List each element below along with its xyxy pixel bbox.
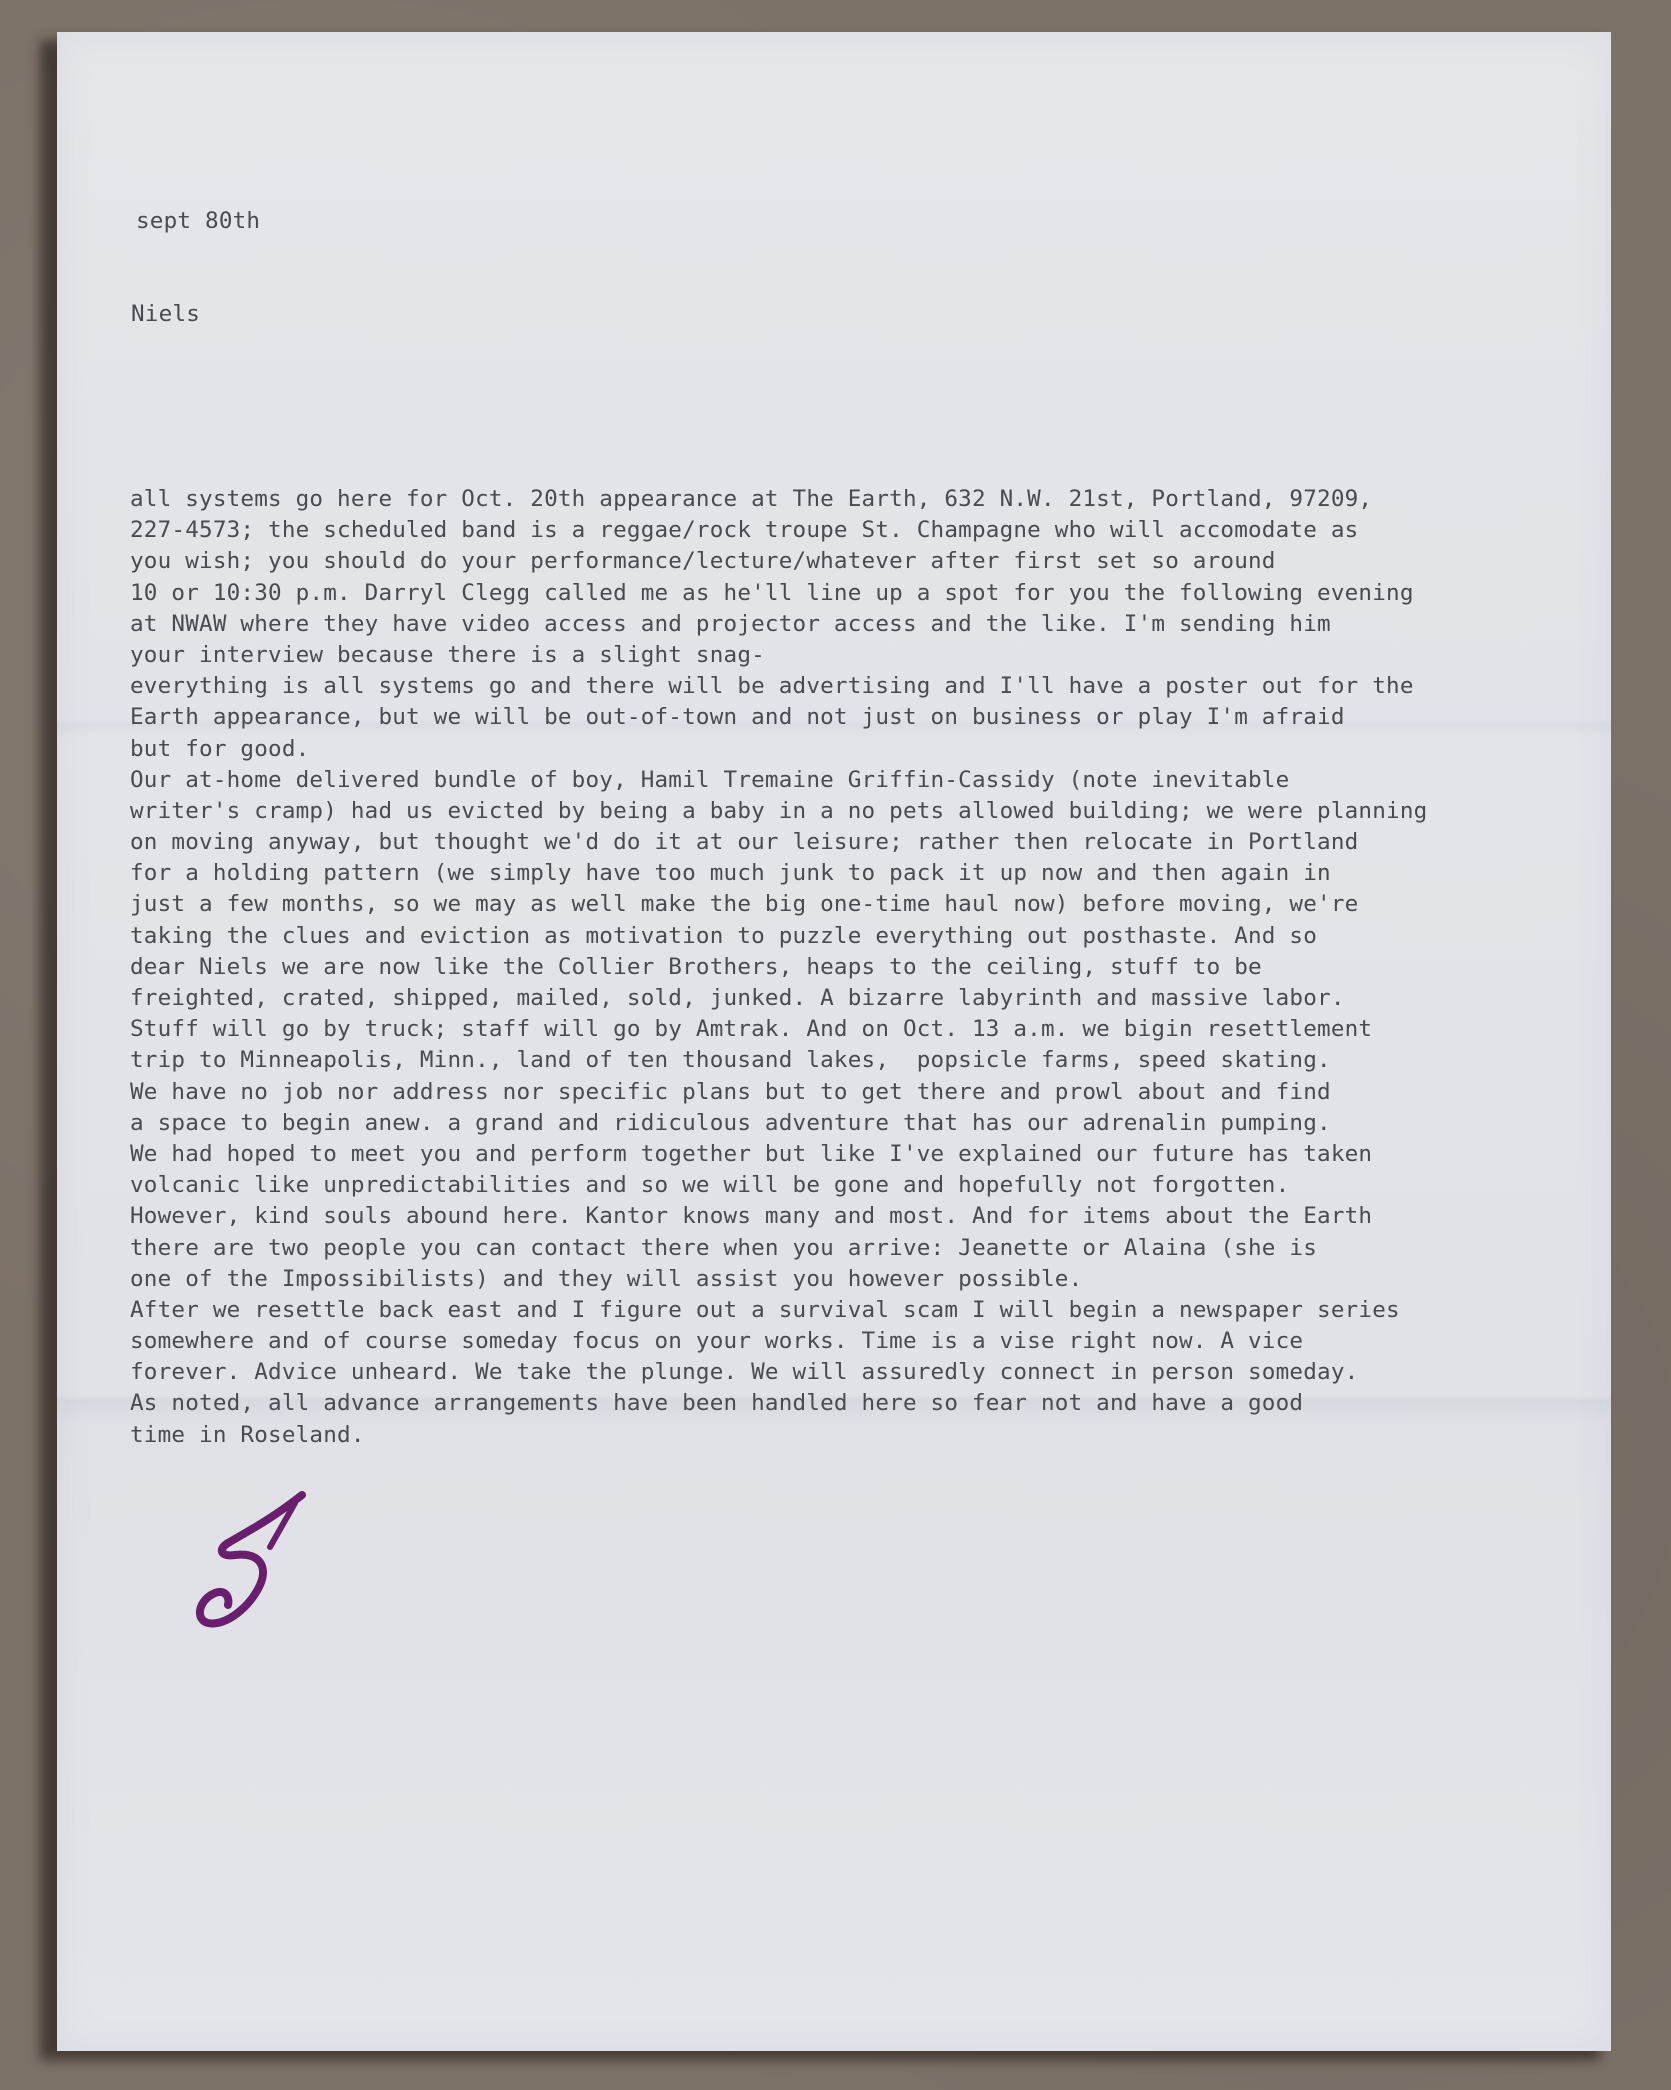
letter-salutation: Niels	[131, 301, 200, 327]
letter-line: all systems go here for Oct. 20th appear…	[130, 484, 1427, 515]
letter-line: After we resettle back east and I figure…	[130, 1295, 1427, 1326]
letter-line: there are two people you can contact the…	[130, 1233, 1427, 1264]
letter-line: dear Niels we are now like the Collier B…	[130, 952, 1427, 983]
letter-body: all systems go here for Oct. 20th appear…	[130, 484, 1427, 1451]
letter-line: Our at-home delivered bundle of boy, Ham…	[130, 765, 1427, 796]
letter-line: but for good.	[130, 734, 1427, 765]
signature-initial	[190, 1485, 310, 1635]
letter-line: We had hoped to meet you and perform tog…	[130, 1139, 1427, 1170]
letter-line: 227-4573; the scheduled band is a reggae…	[130, 515, 1427, 546]
letter-line: everything is all systems go and there w…	[130, 671, 1427, 702]
letter-line: Earth appearance, but we will be out-of-…	[130, 702, 1427, 733]
letter-line: you wish; you should do your performance…	[130, 546, 1427, 577]
letter-line: forever. Advice unheard. We take the plu…	[130, 1357, 1427, 1388]
letter-line: volcanic like unpredictabilities and so …	[130, 1170, 1427, 1201]
letter-line: somewhere and of course someday focus on…	[130, 1326, 1427, 1357]
letter-date: sept 80th	[136, 208, 260, 234]
letter-line: 10 or 10:30 p.m. Darryl Clegg called me …	[130, 578, 1427, 609]
letter-line: Stuff will go by truck; staff will go by…	[130, 1014, 1427, 1045]
letter-line: As noted, all advance arrangements have …	[130, 1388, 1427, 1419]
letter-line: at NWAW where they have video access and…	[130, 609, 1427, 640]
letter-line: your interview because there is a slight…	[130, 640, 1427, 671]
letter-line: freighted, crated, shipped, mailed, sold…	[130, 983, 1427, 1014]
letter-line: However, kind souls abound here. Kantor …	[130, 1201, 1427, 1232]
letter-line: We have no job nor address nor specific …	[130, 1077, 1427, 1108]
letter-line: just a few months, so we may as well mak…	[130, 889, 1427, 920]
letter-line: trip to Minneapolis, Minn., land of ten …	[130, 1045, 1427, 1076]
letter-line: time in Roseland.	[130, 1420, 1427, 1451]
letter-line: writer's cramp) had us evicted by being …	[130, 796, 1427, 827]
letter-line: on moving anyway, but thought we'd do it…	[130, 827, 1427, 858]
letter-line: taking the clues and eviction as motivat…	[130, 921, 1427, 952]
letter-line: one of the Impossibilists) and they will…	[130, 1264, 1427, 1295]
letter-line: for a holding pattern (we simply have to…	[130, 858, 1427, 889]
letter-line: a space to begin anew. a grand and ridic…	[130, 1108, 1427, 1139]
